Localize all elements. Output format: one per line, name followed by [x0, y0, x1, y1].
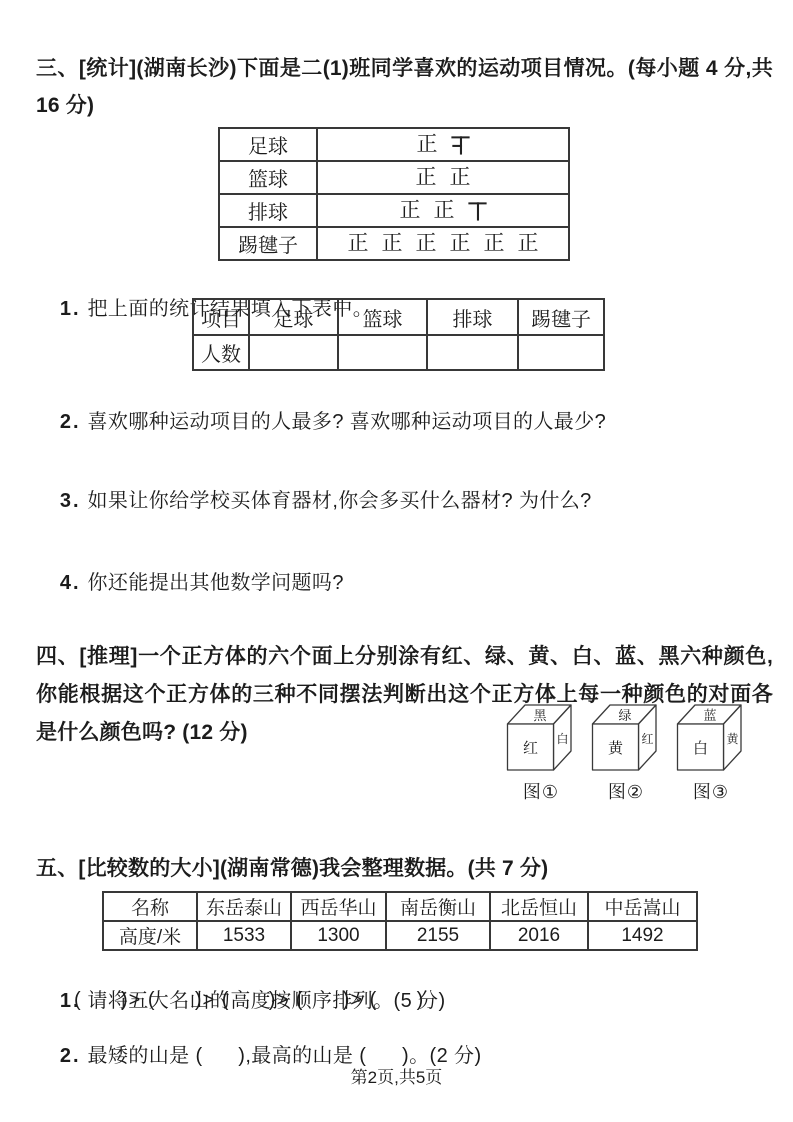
tally-full-mark: 正	[400, 200, 421, 221]
tally-item-label: 踢毽子	[219, 227, 317, 260]
value-cell: 1492	[588, 921, 697, 950]
cube-top-label: 黑	[533, 708, 547, 723]
question-number: 1.	[60, 298, 81, 320]
cube-figure: 黑红白图①	[506, 700, 576, 804]
cube-caption: 图①	[523, 778, 559, 804]
question-3-4: 4.你还能提出其他数学问题吗?	[36, 543, 344, 618]
tally-partial-mark	[468, 200, 487, 221]
tally-full-mark: 正	[484, 233, 505, 254]
cube-front-label: 黄	[608, 739, 624, 757]
value-cell: 2155	[386, 921, 490, 950]
ordering-blanks: ( )> ( )> ( )> ( )> ( )	[74, 989, 424, 1012]
column-header: 北岳恒山	[490, 892, 588, 921]
tally-full-mark: 正	[417, 134, 438, 155]
result-table: 项目足球篮球排球踢毽子人数	[192, 298, 605, 371]
tally-partial-mark	[451, 134, 470, 155]
column-header: 踢毽子	[518, 299, 604, 335]
column-header: 西岳华山	[291, 892, 386, 921]
tally-item-label: 足球	[219, 128, 317, 161]
question-3-3: 3.如果让你给学校买体育器材,你会多买什么器材? 为什么?	[36, 461, 592, 536]
cube-right-label: 红	[641, 732, 653, 746]
question-text: 如果让你给学校买体育器材,你会多买什么器材? 为什么?	[88, 490, 592, 512]
result-row-values: 人数	[193, 335, 604, 370]
tally-marks: 正	[317, 128, 569, 161]
row-label: 人数	[193, 335, 249, 370]
answer-cell	[518, 335, 604, 370]
exam-page: 三、[统计](湖南长沙)下面是二(1)班同学喜欢的运动项目情况。(每小题 4 分…	[0, 0, 793, 1122]
tally-marks: 正正	[317, 194, 569, 227]
cube-front-label: 红	[523, 740, 538, 757]
tally-row: 排球正正	[219, 194, 569, 227]
tally-row: 篮球正正	[219, 161, 569, 194]
tally-full-mark: 正	[518, 233, 539, 254]
tally-marks-group: 正	[318, 134, 568, 155]
column-header: 项目	[193, 299, 249, 335]
cube-right-label: 黄	[726, 732, 739, 746]
row-label: 高度/米	[103, 921, 197, 950]
cube-figure: 蓝白黄图③	[676, 700, 746, 804]
column-header: 中岳嵩山	[588, 892, 697, 921]
tally-marks: 正正正正正正	[317, 227, 569, 260]
cube-figures: 黑红白图①绿黄红图②蓝白黄图③	[506, 700, 746, 804]
question-number: 3.	[60, 490, 81, 512]
tally-full-mark: 正	[450, 233, 471, 254]
column-header: 篮球	[338, 299, 427, 335]
column-header: 东岳泰山	[197, 892, 291, 921]
mountain-row-values: 高度/米15331300215520161492	[103, 921, 697, 950]
value-cell: 1300	[291, 921, 386, 950]
column-header: 南岳衡山	[386, 892, 490, 921]
mountain-row-header: 名称东岳泰山西岳华山南岳衡山北岳恒山中岳嵩山	[103, 892, 697, 921]
tally-item-label: 排球	[219, 194, 317, 227]
tally-full-mark: 正	[434, 200, 455, 221]
page-footer: 第2页,共5页	[0, 1063, 793, 1088]
tally-full-mark: 正	[416, 233, 437, 254]
answer-cell	[338, 335, 427, 370]
question-number: 4.	[60, 572, 81, 594]
mountain-table: 名称东岳泰山西岳华山南岳衡山北岳恒山中岳嵩山高度/米15331300215520…	[102, 891, 698, 951]
tally-marks-group: 正正	[318, 200, 568, 221]
tally-marks-group: 正正正正正正	[318, 233, 568, 254]
answer-cell	[249, 335, 338, 370]
cube-drawing: 蓝白黄	[676, 700, 746, 776]
section3-title: 三、[统计](湖南长沙)下面是二(1)班同学喜欢的运动项目情况。(每小题 4 分…	[36, 50, 773, 124]
tally-table: 足球正篮球正正排球正正踢毽子正正正正正正	[218, 127, 570, 261]
cube-caption: 图③	[693, 778, 729, 804]
question-3-2: 2.喜欢哪种运动项目的人最多? 喜欢哪种运动项目的人最少?	[36, 382, 606, 457]
cube-top-label: 绿	[618, 708, 631, 723]
question-text: 喜欢哪种运动项目的人最多? 喜欢哪种运动项目的人最少?	[88, 411, 607, 433]
tally-row: 足球正	[219, 128, 569, 161]
tally-full-mark: 正	[416, 167, 437, 188]
question-number: 2.	[60, 411, 81, 433]
cube-drawing: 黑红白	[506, 700, 576, 776]
value-cell: 1533	[197, 921, 291, 950]
cube-front-label: 白	[693, 740, 708, 757]
tally-full-mark: 正	[348, 233, 369, 254]
cube-figure: 绿黄红图②	[591, 700, 661, 804]
tally-marks-group: 正正	[318, 167, 568, 188]
tally-full-mark: 正	[450, 167, 471, 188]
cube-drawing: 绿黄红	[591, 700, 661, 776]
result-row-header: 项目足球篮球排球踢毽子	[193, 299, 604, 335]
question-text: 你还能提出其他数学问题吗?	[88, 572, 344, 594]
tally-item-label: 篮球	[219, 161, 317, 194]
tally-row: 踢毽子正正正正正正	[219, 227, 569, 260]
tally-marks: 正正	[317, 161, 569, 194]
cube-caption: 图②	[608, 778, 644, 804]
section5-title: 五、[比较数的大小](湖南常德)我会整理数据。(共 7 分)	[36, 850, 773, 887]
tally-full-mark: 正	[382, 233, 403, 254]
column-header: 排球	[427, 299, 518, 335]
cube-right-label: 白	[556, 732, 568, 746]
answer-cell	[427, 335, 518, 370]
column-header: 名称	[103, 892, 197, 921]
value-cell: 2016	[490, 921, 588, 950]
column-header: 足球	[249, 299, 338, 335]
cube-top-label: 蓝	[703, 708, 716, 723]
